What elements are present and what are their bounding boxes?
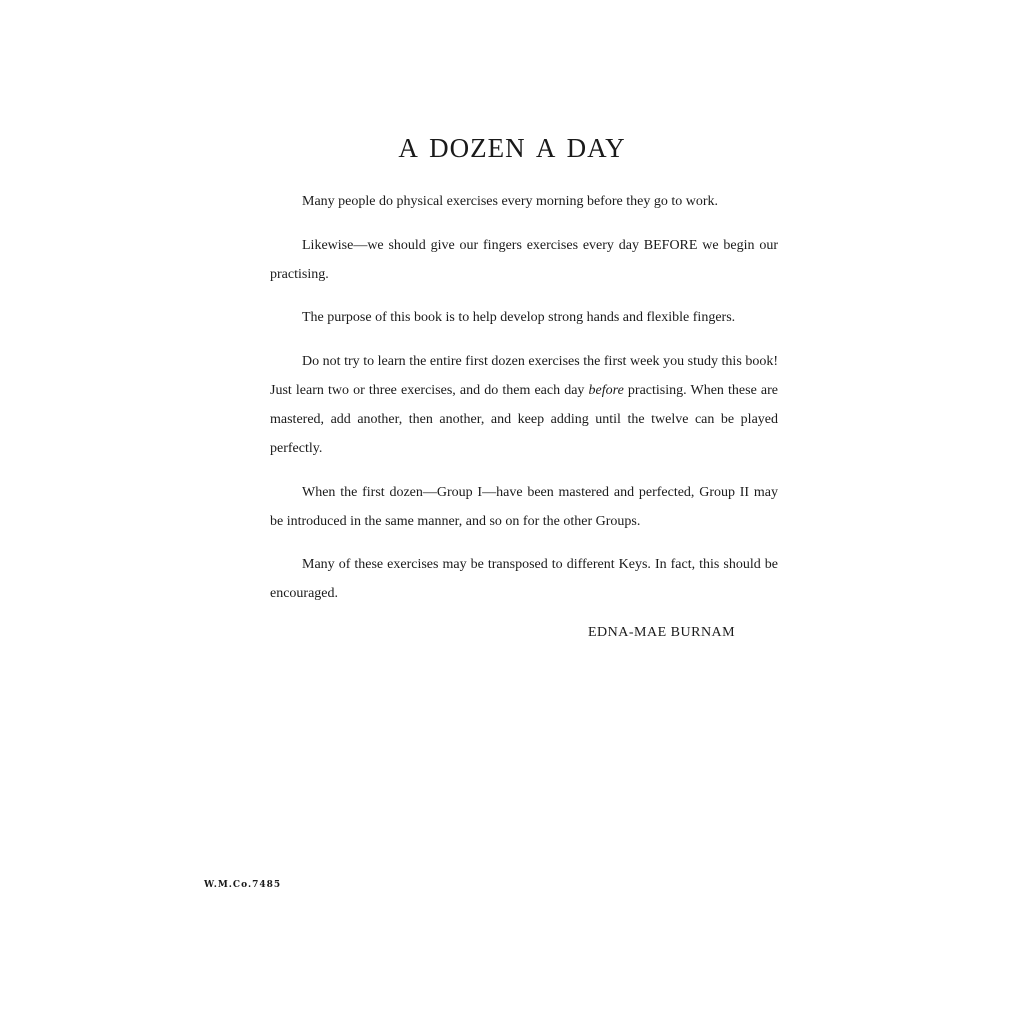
- paragraph-physical-exercises: Many people do physical exercises every …: [270, 187, 778, 216]
- paragraph-finger-exercises: Likewise—we should give our fingers exer…: [270, 231, 778, 289]
- page-title: A DOZEN A DAY: [0, 133, 1024, 164]
- paragraph-transposition: Many of these exercises may be transpose…: [270, 550, 778, 608]
- paragraph-groups: When the first dozen—Group I—have been m…: [270, 478, 778, 536]
- author-signature: EDNA-MAE BURNAM: [588, 625, 735, 641]
- paragraph-book-purpose: The purpose of this book is to help deve…: [270, 303, 778, 332]
- emphasis-before: before: [589, 383, 624, 398]
- catalog-code: W.M.Co.7485: [204, 880, 281, 890]
- paragraph-learning-instructions: Do not try to learn the entire first doz…: [270, 347, 778, 463]
